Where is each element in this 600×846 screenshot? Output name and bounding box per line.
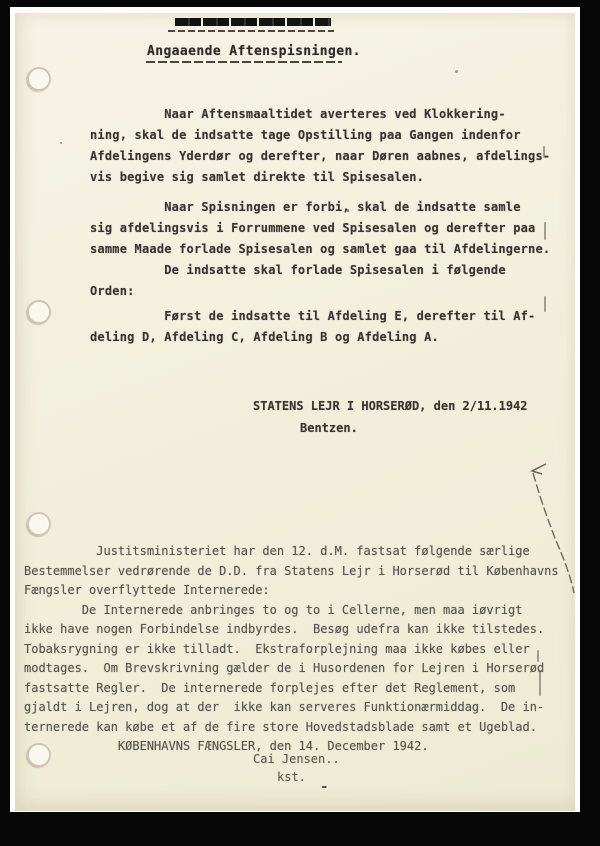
text-line: samme Maade forlade Spisesalen og samlet… [90, 239, 550, 260]
text-line: ikke have nogen Forbindelse indbyrdes. B… [24, 620, 559, 640]
document-heading: Angaaende Aftenspisningen. [147, 44, 361, 59]
text-line: sig afdelingsvis i Forrummene ved Spises… [90, 218, 550, 239]
document-page: Angaaende Aftenspisningen. Naar Aftensma… [15, 13, 575, 811]
text-line: Naar Spisningen er forbi, skal de indsat… [90, 197, 550, 218]
text-line: ning, skal de indsatte tage Opstilling p… [90, 125, 550, 146]
end-dash: - [320, 779, 328, 795]
paragraph-leaving-rules: Naar Spisningen er forbi, skal de indsat… [90, 197, 550, 302]
signature-title-kst: kst. [277, 770, 306, 784]
redacted-text-bar [175, 18, 331, 26]
punch-hole-2 [27, 300, 51, 324]
text-line: modtages. Om Brevskrivning gælder de i H… [24, 659, 559, 679]
paragraph-assembly-rules: Naar Aftensmaaltidet averteres ved Klokk… [90, 104, 550, 188]
text-line: vis begive sig samlet direkte til Spises… [90, 167, 550, 188]
ink-speck [347, 209, 349, 212]
signature-bentzen: Bentzen. [300, 421, 358, 435]
text-line: Naar Aftensmaaltidet averteres ved Klokk… [90, 104, 550, 125]
text-line: Først de indsatte til Afdeling E, dereft… [90, 306, 535, 327]
paragraph-departure-order: Først de indsatte til Afdeling E, dereft… [90, 306, 535, 348]
margin-ink-mark [544, 222, 546, 240]
text-line: De Internerede anbringes to og to i Cell… [24, 601, 559, 621]
heading-underline [146, 61, 342, 63]
text-line: deling D, Afdeling C, Afdeling B og Afde… [90, 327, 535, 348]
margin-ink-mark [539, 670, 541, 696]
text-line: Tobaksrygning er ikke tilladt. Ekstrafor… [24, 640, 559, 660]
redacted-text-underline [168, 30, 334, 32]
margin-ink-mark [537, 650, 539, 662]
ministry-notice-paragraph: Justitsministeriet har den 12. d.M. fast… [24, 542, 559, 757]
text-line: fastsatte Regler. De internerede forplej… [24, 679, 559, 699]
text-line: ternerede kan købe et af de fire store H… [24, 718, 559, 738]
text-line: Fængsler overflyttede Internerede: [24, 581, 559, 601]
margin-ink-mark [544, 296, 546, 312]
text-line: De indsatte skal forlade Spisesalen i fø… [90, 260, 550, 281]
text-line: gjaldt i Lejren, dog at der ikke kan ser… [24, 698, 559, 718]
margin-ink-mark [543, 146, 545, 158]
text-line: Afdelingens Yderdør og derefter, naar Dø… [90, 146, 550, 167]
ink-speck [60, 142, 62, 144]
punch-hole-1 [27, 67, 51, 91]
text-line: Bestemmelser vedrørende de D.D. fra Stat… [24, 562, 559, 582]
camp-place-date: STATENS LEJR I HORSERØD, den 2/11.1942 [253, 399, 528, 413]
ink-speck [455, 70, 458, 73]
signature-cai-jensen: Cai Jensen.. [253, 752, 340, 766]
text-line: Orden: [90, 281, 550, 302]
punch-hole-3 [27, 512, 51, 536]
text-line: Justitsministeriet har den 12. d.M. fast… [24, 542, 559, 562]
